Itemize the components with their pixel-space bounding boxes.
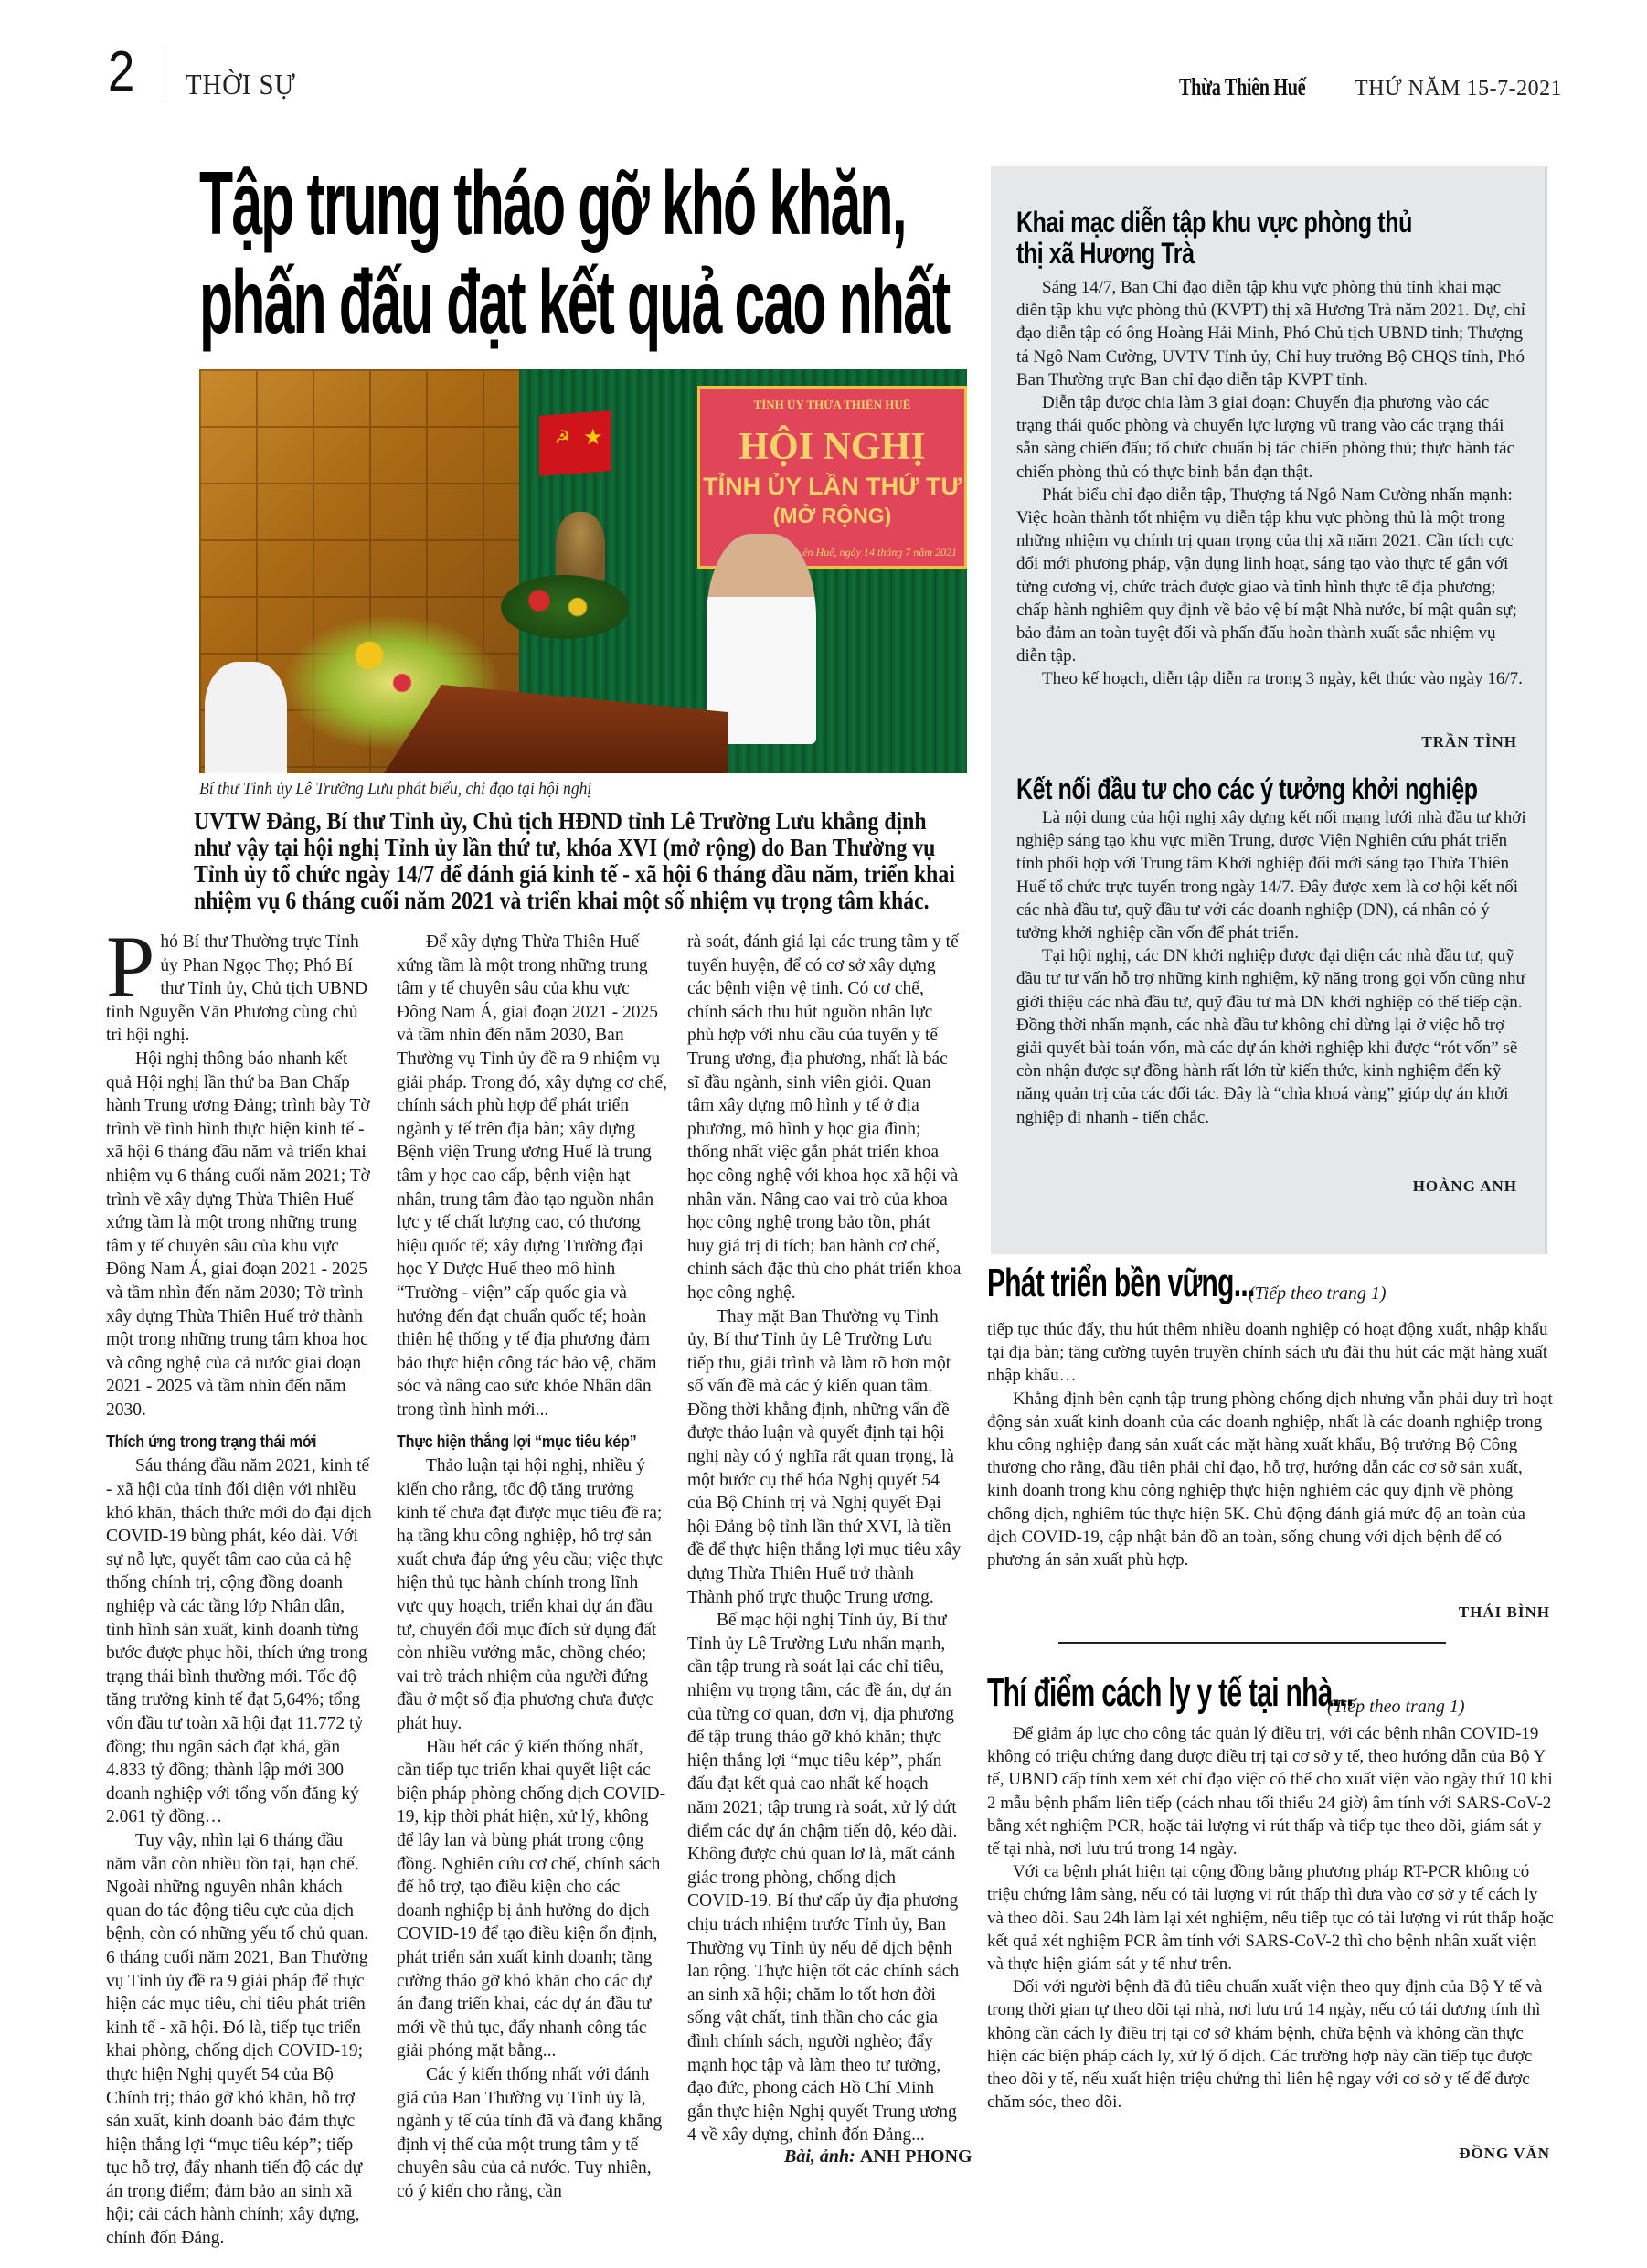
paragraph: Đối với người bệnh đã đủ tiêu chuẩn xuất… xyxy=(987,1975,1554,2114)
drop-cap: P xyxy=(106,934,154,1000)
conference-photo: ☭ ★ TỈNH ỦY THỪA THIÊN HUẾ HỘI NGHỊ TỈNH… xyxy=(199,369,967,773)
paragraph: Để giảm áp lực cho công tác quản lý điều… xyxy=(987,1722,1554,1860)
lead-line: Tỉnh ủy tổ chức ngày 14/7 để đánh giá ki… xyxy=(194,861,886,888)
article-lead: UVTW Đảng, Bí thư Tỉnh ủy, Chủ tịch HĐND… xyxy=(194,808,980,914)
section-divider xyxy=(1058,1642,1446,1644)
main-headline: Tập trung tháo gỡ khó khăn, phấn đấu đạt… xyxy=(199,154,686,351)
paragraph: Khẳng định bên cạnh tập trung phòng chốn… xyxy=(987,1388,1554,1572)
continuation-1-note: (Tiếp theo trang 1) xyxy=(1249,1283,1387,1304)
paragraph: Theo kế hoạch, diễn tập diễn ra trong 3 … xyxy=(1016,667,1528,690)
continuation-2-body: Để giảm áp lực cho công tác quản lý điều… xyxy=(987,1722,1554,2114)
brief-1-title: Khai mạc diễn tập khu vực phòng thủ thị … xyxy=(1016,207,1412,269)
brief-1-author: TRẦN TÌNH xyxy=(1243,733,1517,751)
banner-subtitle-2: (MỞ RỘNG) xyxy=(700,504,964,528)
paragraph: Với ca bệnh phát hiện tại cộng đồng bằng… xyxy=(987,1860,1554,1975)
continuation-1-body: tiếp tục thúc đẩy, thu hút thêm nhiều do… xyxy=(987,1318,1554,1571)
continuation-2-author: ĐỒNG VĂN xyxy=(1280,2145,1550,2163)
flower-arrangement xyxy=(501,575,629,639)
photo-caption: Bí thư Tỉnh ủy Lê Trường Lưu phát biểu, … xyxy=(199,779,591,800)
paragraph: Sáu tháng đầu năm 2021, kinh tế - xã hội… xyxy=(106,1454,377,1829)
continuation-2-note: (Tiếp theo trang 1) xyxy=(1327,1697,1465,1718)
paragraph: Để xây dựng Thừa Thiên Huế xứng tầm là m… xyxy=(397,931,667,1421)
body-column-2: Để xây dựng Thừa Thiên Huế xứng tầm là m… xyxy=(397,931,667,2203)
lead-line: như vậy tại hội nghị Tỉnh ủy lần thứ tư,… xyxy=(194,835,886,861)
banner-subtitle: TỈNH ỦY LẦN THỨ TƯ xyxy=(700,473,964,501)
paragraph: Hội nghị thông báo nhanh kết quả Hội ngh… xyxy=(106,1048,377,1422)
byline-author: ANH PHONG xyxy=(860,2146,972,2167)
paragraph: Tại hội nghị, các DN khởi nghiệp được đạ… xyxy=(1016,944,1528,1129)
paragraph: tiếp tục thúc đẩy, thu hút thêm nhiều do… xyxy=(987,1318,1554,1388)
header-divider xyxy=(165,48,165,101)
lead-line: nhiệm vụ 6 tháng cuối năm 2021 và triển … xyxy=(194,888,886,914)
paragraph: Bế mạc hội nghị Tỉnh ủy, Bí thư Tỉnh ủy … xyxy=(687,1609,962,2147)
continuation-1-title: Phát triển bền vững... xyxy=(987,1262,1255,1305)
banner-title: HỘI NGHỊ xyxy=(700,425,964,469)
issue-date: THỨ NĂM 15-7-2021 xyxy=(1355,77,1562,101)
publication-name: Thừa Thiên Huế xyxy=(1179,73,1305,101)
subheading: Thực hiện thắng lợi “mục tiêu kép” xyxy=(397,1431,640,1453)
banner-date: ...ên Huế, ngày 14 tháng 7 năm 2021 xyxy=(794,546,957,559)
lead-line: UVTW Đảng, Bí thư Tỉnh ủy, Chủ tịch HĐND… xyxy=(194,808,886,835)
byline-label: Bài, ảnh: xyxy=(784,2146,855,2167)
brief-1-body: Sáng 14/7, Ban Chỉ đạo diễn tập khu vực … xyxy=(1016,276,1528,691)
paragraph: Sáng 14/7, Ban Chỉ đạo diễn tập khu vực … xyxy=(1016,276,1528,391)
paragraph: Là nội dung của hội nghị xây dựng kết nố… xyxy=(1016,806,1528,944)
statue-bust xyxy=(556,512,605,583)
banner-org: TỈNH ỦY THỪA THIÊN HUẾ xyxy=(700,398,964,412)
article-byline: Bài, ảnh: ANH PHONG xyxy=(784,2146,972,2167)
hammer-sickle-icon: ☭ xyxy=(554,426,570,449)
paragraph: Thảo luận tại hội nghị, nhiều ý kiến cho… xyxy=(397,1454,667,1735)
continuation-1-author: THÁI BÌNH xyxy=(1280,1603,1550,1622)
seated-delegate xyxy=(205,662,287,773)
headline-line-2: phấn đấu đạt kết quả cao nhất xyxy=(199,252,993,351)
paragraph: Tuy vậy, nhìn lại 6 tháng đầu năm vẫn cò… xyxy=(106,1829,377,2251)
page-number: 2 xyxy=(108,44,134,101)
brief-2-author: HOÀNG ANH xyxy=(1243,1177,1517,1196)
star-icon: ★ xyxy=(583,424,603,451)
paragraph: Phó Bí thư Thường trực Tỉnh ủy Phan Ngọc… xyxy=(106,931,377,1048)
brief-2-body: Là nội dung của hội nghị xây dựng kết nố… xyxy=(1016,806,1528,1129)
paragraph: Phát biểu chỉ đạo diễn tập, Thượng tá Ng… xyxy=(1016,484,1528,668)
continuation-2-title: Thí điểm cách ly y tế tại nhà... xyxy=(987,1671,1354,1715)
section-name: THỜI SỰ xyxy=(186,68,296,101)
body-column-1: Phó Bí thư Thường trực Tỉnh ủy Phan Ngọc… xyxy=(106,931,377,2251)
headline-line-1: Tập trung tháo gỡ khó khăn, xyxy=(199,154,993,252)
subheading: Thích ứng trong trạng thái mới xyxy=(106,1431,349,1453)
brief-2-title: Kết nối đầu tư cho các ý tưởng khởi nghi… xyxy=(1016,773,1478,804)
paragraph: Thay mặt Ban Thường vụ Tỉnh ủy, Bí thư T… xyxy=(687,1305,962,1610)
paragraph: Diễn tập được chia làm 3 giai đoạn: Chuy… xyxy=(1016,391,1528,484)
body-column-3: rà soát, đánh giá lại các trung tâm y tế… xyxy=(687,931,962,2147)
paragraph: Các ý kiến thống nhất với đánh giá của B… xyxy=(397,2063,667,2204)
paragraph: rà soát, đánh giá lại các trung tâm y tế… xyxy=(687,931,962,1305)
paragraph: Hầu hết các ý kiến thống nhất, cần tiếp … xyxy=(397,1736,667,2063)
